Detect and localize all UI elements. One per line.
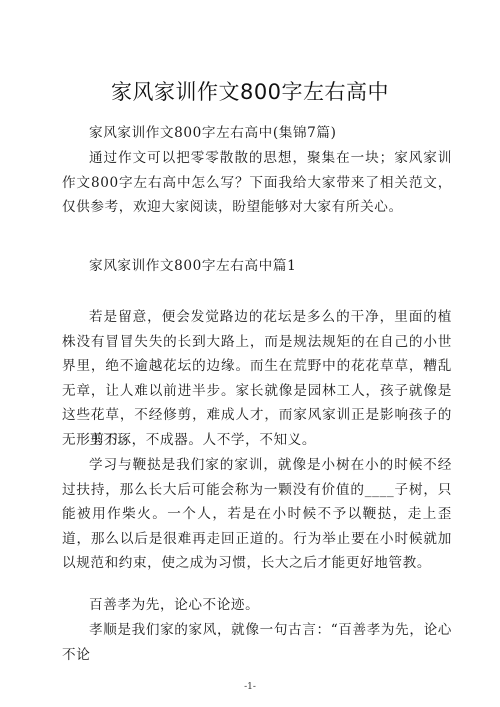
body-paragraph: 玉不琢，不成器。人不学，不知义。 xyxy=(62,428,452,453)
page-number: -1- xyxy=(0,682,500,692)
body-paragraph: 百善孝为先，论心不论迹。 xyxy=(62,593,452,618)
document-title: 家风家训作文800字左右高中 xyxy=(0,76,500,106)
section-heading: 家风家训作文800字左右高中篇1 xyxy=(62,254,452,279)
document-subtitle: 家风家训作文800字左右高中(集锦7篇) xyxy=(62,121,452,146)
body-paragraph: 学习与鞭挞是我们家的家训，就像是小树在小的时候不经过扶持，那么长大后可能会称为一… xyxy=(62,453,452,576)
body-paragraph: 孝顺是我们家的家风，就像一句古言：“百善孝为先，论心不论 xyxy=(62,618,452,667)
intro-paragraph: 通过作文可以把零零散散的思想，聚集在一块；家风家训作文800字左右高中怎么写？下… xyxy=(62,146,452,220)
